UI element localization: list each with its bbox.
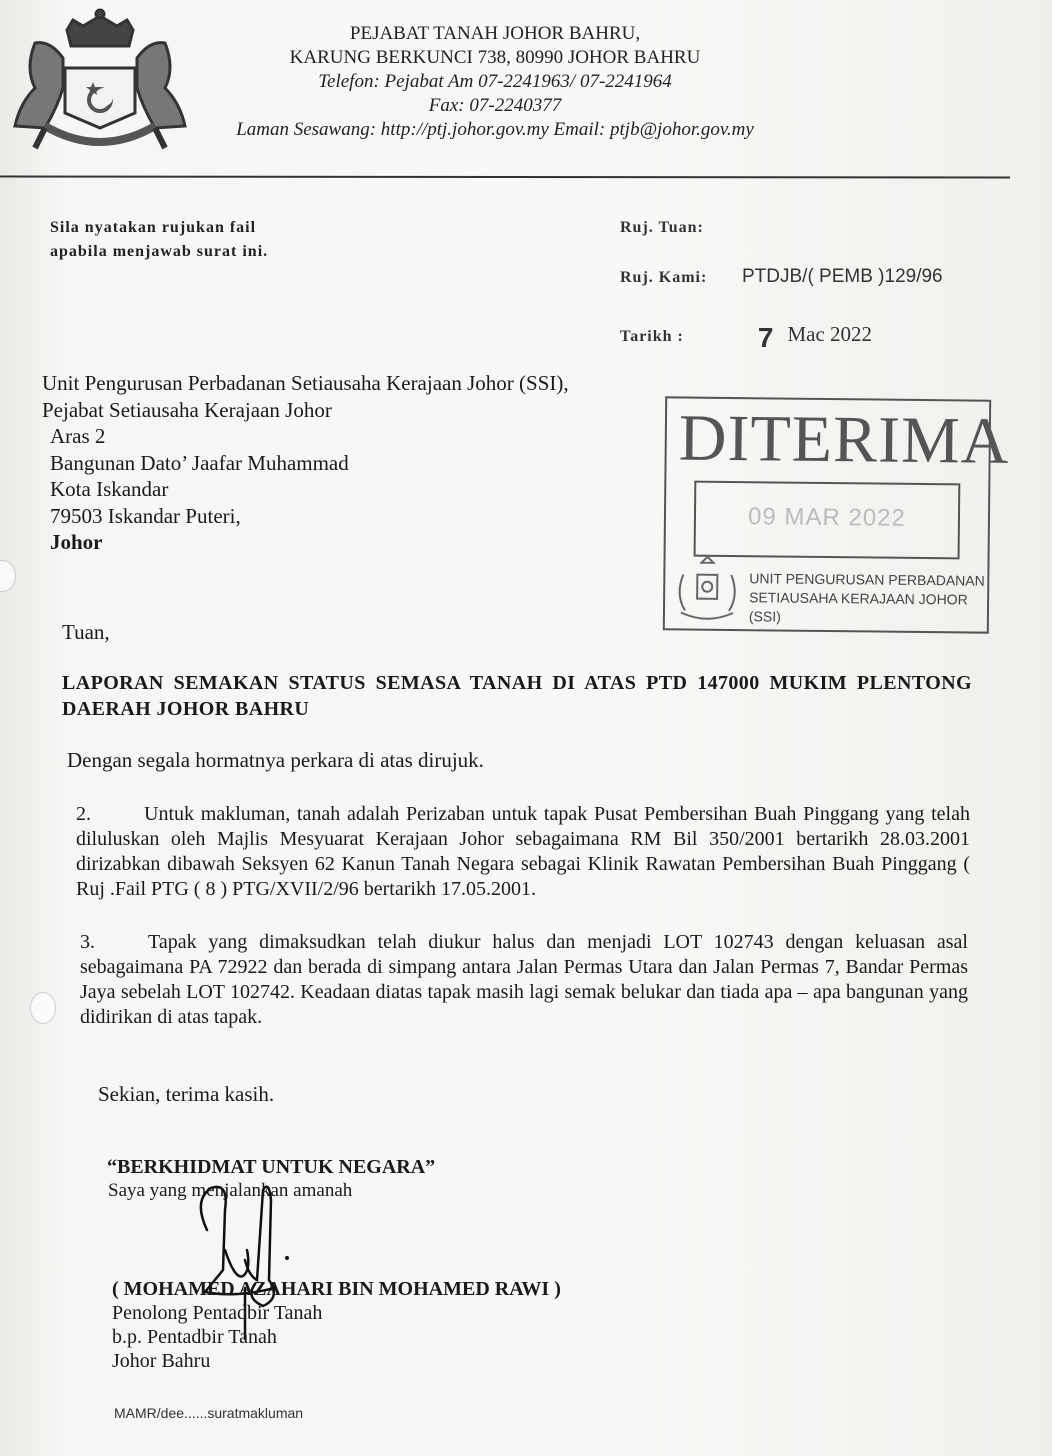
- paragraph-2: 2.Untuk makluman, tanah adalah Perizaban…: [76, 802, 970, 902]
- date-value: Mac 2022: [787, 322, 872, 346]
- paragraph-text: Untuk makluman, tanah adalah Perizaban u…: [76, 803, 970, 900]
- file-note-line: Sila nyatakan rujukan fail: [50, 216, 268, 240]
- office-address: KARUNG BERKUNCI 738, 80990 JOHOR BAHRU: [200, 46, 790, 70]
- file-reference-note: Sila nyatakan rujukan fail apabila menja…: [50, 216, 268, 264]
- paragraph-number: 3.: [80, 930, 148, 955]
- received-stamp: DITERIMA 09 MAR 2022 UNIT PENGURUSAN PER…: [663, 396, 991, 633]
- motto: “BERKHIDMAT UNTUK NEGARA”: [107, 1156, 435, 1179]
- office-name: PEJABAT TANAH JOHOR BAHRU,: [200, 22, 790, 46]
- our-ref-label: Ruj. Kami:: [620, 269, 738, 287]
- signer-name: ( MOHAMED AZAHARI BIN MOHAMED RAWI ): [112, 1277, 561, 1301]
- signer-title: Penolong Pentadbir Tanah: [112, 1301, 561, 1325]
- handwritten-day: 7: [758, 322, 774, 354]
- address-line: Kota Iskandar: [42, 476, 569, 503]
- office-fax: Fax: 07-2240377: [200, 94, 790, 118]
- date-label: Tarikh :: [620, 328, 684, 346]
- stamp-title: DITERIMA: [678, 400, 1009, 479]
- intro-line: Dengan segala hormatnya perkara di atas …: [67, 748, 484, 773]
- letter-subject: LAPORAN SEMAKAN STATUS SEMASA TANAH DI A…: [62, 670, 972, 722]
- paragraph-number: 2.: [76, 802, 144, 827]
- paragraph-3: 3.Tapak yang dimaksudkan telah diukur ha…: [80, 930, 968, 1030]
- address-line: Unit Pengurusan Perbadanan Setiausaha Ke…: [42, 370, 569, 397]
- stamp-date: 09 MAR 2022: [696, 503, 958, 534]
- your-ref-label: Ruj. Tuan:: [620, 219, 738, 237]
- address-line: Aras 2: [42, 423, 569, 450]
- office-web-email: Laman Sesawang: http://ptj.johor.gov.my …: [200, 118, 790, 142]
- file-note-line: apabila menjawab surat ini.: [50, 240, 268, 264]
- stamp-crest-icon: [671, 554, 744, 621]
- our-ref-row: Ruj. Kami: PTDJB/( PEMB )129/96: [620, 266, 943, 288]
- punch-hole: [30, 992, 56, 1024]
- signer-title: Johor Bahru: [112, 1349, 561, 1373]
- johor-coat-of-arms-icon: [5, 8, 195, 153]
- paragraph-text: Tapak yang dimaksudkan telah diukur halu…: [80, 931, 968, 1028]
- footer-reference: MAMR/dee......suratmakluman: [114, 1405, 303, 1421]
- signer-block: ( MOHAMED AZAHARI BIN MOHAMED RAWI ) Pen…: [112, 1277, 561, 1373]
- recipient-address: Unit Pengurusan Perbadanan Setiausaha Ke…: [42, 370, 569, 556]
- signer-title: b.p. Pentadbir Tanah: [112, 1325, 561, 1349]
- address-line: Johor: [42, 529, 569, 556]
- closing: Sekian, terima kasih.: [98, 1082, 274, 1107]
- address-line: 79503 Iskandar Puteri,: [42, 503, 569, 530]
- stamp-date-box: 09 MAR 2022: [694, 481, 961, 560]
- office-phone: Telefon: Pejabat Am 07-2241963/ 07-22419…: [200, 70, 790, 94]
- our-ref-value: PTDJB/( PEMB )129/96: [742, 266, 943, 287]
- salutation: Tuan,: [62, 620, 110, 645]
- stamp-unit-line: SETIAUSAHA KERAJAAN JOHOR (SSI): [749, 588, 987, 628]
- your-ref-row: Ruj. Tuan:: [620, 216, 738, 238]
- date-row: Tarikh : 7 Mac 2022: [620, 316, 872, 348]
- address-line: Bangunan Dato’ Jaafar Muhammad: [42, 450, 569, 477]
- address-line: Pejabat Setiausaha Kerajaan Johor: [42, 397, 569, 424]
- stamp-unit-line: UNIT PENGURUSAN PERBADANAN: [749, 569, 987, 590]
- letterhead: PEJABAT TANAH JOHOR BAHRU, KARUNG BERKUN…: [200, 22, 790, 142]
- stamp-unit: UNIT PENGURUSAN PERBADANAN SETIAUSAHA KE…: [749, 569, 988, 628]
